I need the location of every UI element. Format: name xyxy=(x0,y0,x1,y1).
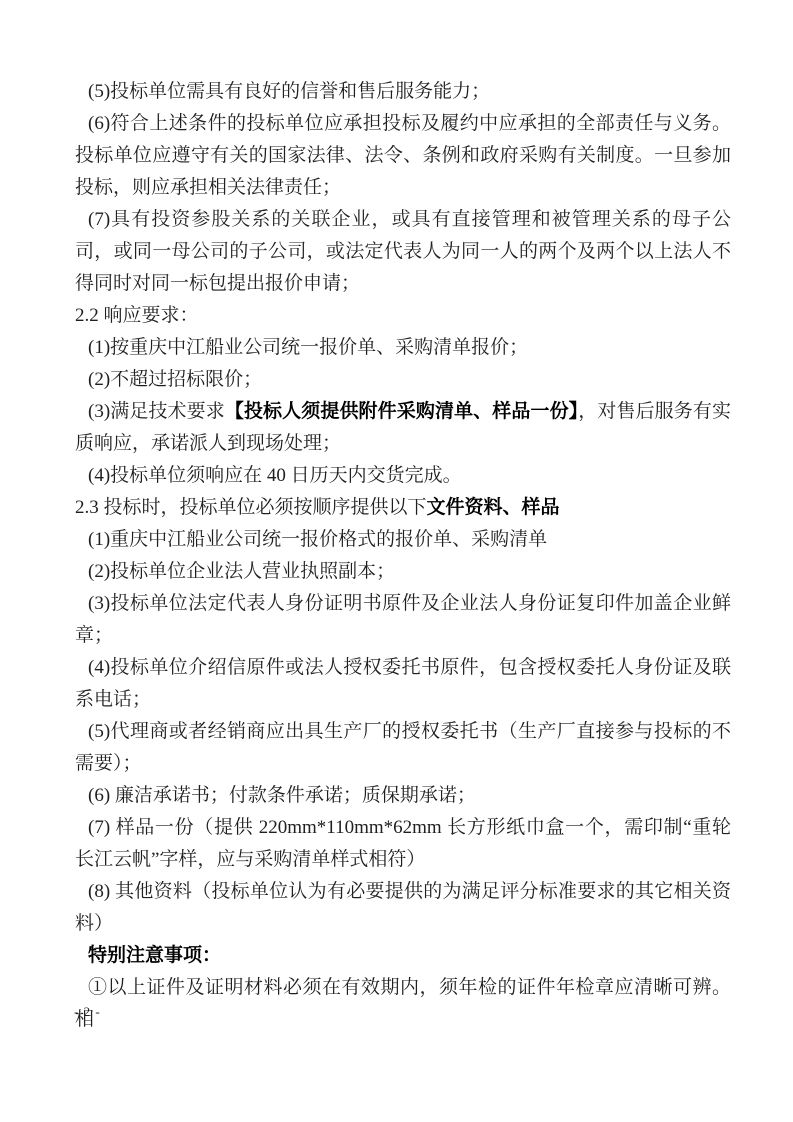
section-heading-2-3: 2.3 投标时，投标单位必须按顺序提供以下文件资料、样品 xyxy=(75,492,731,524)
clause-text: (3)投标单位法定代表人身份证明书原件及企业法人身份证复印件加盖企业鲜章； xyxy=(75,593,731,646)
section-heading-2-2: 2.2 响应要求： xyxy=(75,300,731,332)
response-item-3: (3)满足技术要求【投标人须提供附件采购清单、样品一份】，对售后服务有实质响应，… xyxy=(75,396,731,460)
bold-attachment-note: 【投标人须提供附件采购清单、样品一份】 xyxy=(225,401,578,422)
document-item-6: (6) 廉洁承诺书；付款条件承诺；质保期承诺； xyxy=(75,780,731,812)
clause-text: (5)代理商或者经销商应出具生产厂的授权委托书（生产厂直接参与投标的不需要）； xyxy=(75,721,731,774)
document-item-7: (7) 样品一份（提供 220mm*110mm*62mm 长方形纸巾盒一个，需印… xyxy=(75,812,731,876)
document-body: (5)投标单位需具有良好的信誉和售后服务能力； (6)符合上述条件的投标单位应承… xyxy=(75,76,731,1036)
clause-text: (8) 其他资料（投标单位认为有必要提供的为满足评分标准要求的其它相关资料） xyxy=(75,881,731,934)
document-item-1: (1)重庆中江船业公司统一报价格式的报价单、采购清单 xyxy=(75,524,731,556)
clause-text: (2)投标单位企业法人营业执照副本； xyxy=(88,561,395,582)
clause-7-affiliated-companies: (7)具有投资参股关系的关联企业，或具有直接管理和被管理关系的母子公司，或同一母… xyxy=(75,204,731,300)
clause-text: (7)具有投资参股关系的关联企业，或具有直接管理和被管理关系的母子公司，或同一母… xyxy=(75,209,731,294)
bold-documents-samples: 文件资料、样品 xyxy=(427,497,560,518)
response-item-4: (4)投标单位须响应在 40 日历天内交货完成。 xyxy=(75,460,731,492)
clause-text: (7) 样品一份（提供 220mm*110mm*62mm 长方形纸巾盒一个，需印… xyxy=(75,817,731,870)
clause-text: (2)不超过招标限价； xyxy=(88,369,262,390)
clause-5-reputation: (5)投标单位需具有良好的信誉和售后服务能力； xyxy=(75,76,731,108)
section-heading-text: 2.2 响应要求： xyxy=(75,305,199,326)
response-item-1: (1)按重庆中江船业公司统一报价单、采购清单报价； xyxy=(75,332,731,364)
special-notes-heading-text: 特别注意事项： xyxy=(88,945,221,966)
clause-text: (1)按重庆中江船业公司统一报价单、采购清单报价； xyxy=(88,337,528,358)
document-item-4: (4)投标单位介绍信原件或法人授权委托书原件，包含授权委托人身份证及联系电话； xyxy=(75,652,731,716)
clause-text: (5)投标单位需具有良好的信誉和售后服务能力； xyxy=(88,81,490,102)
clause-text: (6)符合上述条件的投标单位应承担投标及履约中应承担的全部责任与义务。投标单位应… xyxy=(75,113,731,198)
response-item-2: (2)不超过招标限价； xyxy=(75,364,731,396)
document-item-5: (5)代理商或者经销商应出具生产厂的授权委托书（生产厂直接参与投标的不需要）； xyxy=(75,716,731,780)
section-heading-text: 2.3 投标时，投标单位必须按顺序提供以下 xyxy=(75,497,427,518)
clause-text: ①以上证件及证明材料必须在有效期内，须年检的证件年检章应清晰可辨。相 xyxy=(75,977,731,1030)
special-note-1: ①以上证件及证明材料必须在有效期内，须年检的证件年检章应清晰可辨。相 xyxy=(75,972,731,1036)
clause-text: (3)满足技术要求 xyxy=(88,401,225,422)
document-item-2: (2)投标单位企业法人营业执照副本； xyxy=(75,556,731,588)
document-item-8: (8) 其他资料（投标单位认为有必要提供的为满足评分标准要求的其它相关资料） xyxy=(75,876,731,940)
clause-text: (1)重庆中江船业公司统一报价格式的报价单、采购清单 xyxy=(88,529,547,550)
clause-text: (4)投标单位介绍信原件或法人授权委托书原件，包含授权委托人身份证及联系电话； xyxy=(75,657,731,710)
document-page: (5)投标单位需具有良好的信誉和售后服务能力； (6)符合上述条件的投标单位应承… xyxy=(0,0,793,1122)
special-notes-heading: 特别注意事项： xyxy=(75,940,731,972)
clause-text: (4)投标单位须响应在 40 日历天内交货完成。 xyxy=(88,465,462,486)
page-number: - 2 - xyxy=(74,1005,101,1019)
clause-6-obligations: (6)符合上述条件的投标单位应承担投标及履约中应承担的全部责任与义务。投标单位应… xyxy=(75,108,731,204)
clause-text: (6) 廉洁承诺书；付款条件承诺；质保期承诺； xyxy=(88,785,476,806)
document-item-3: (3)投标单位法定代表人身份证明书原件及企业法人身份证复印件加盖企业鲜章； xyxy=(75,588,731,652)
